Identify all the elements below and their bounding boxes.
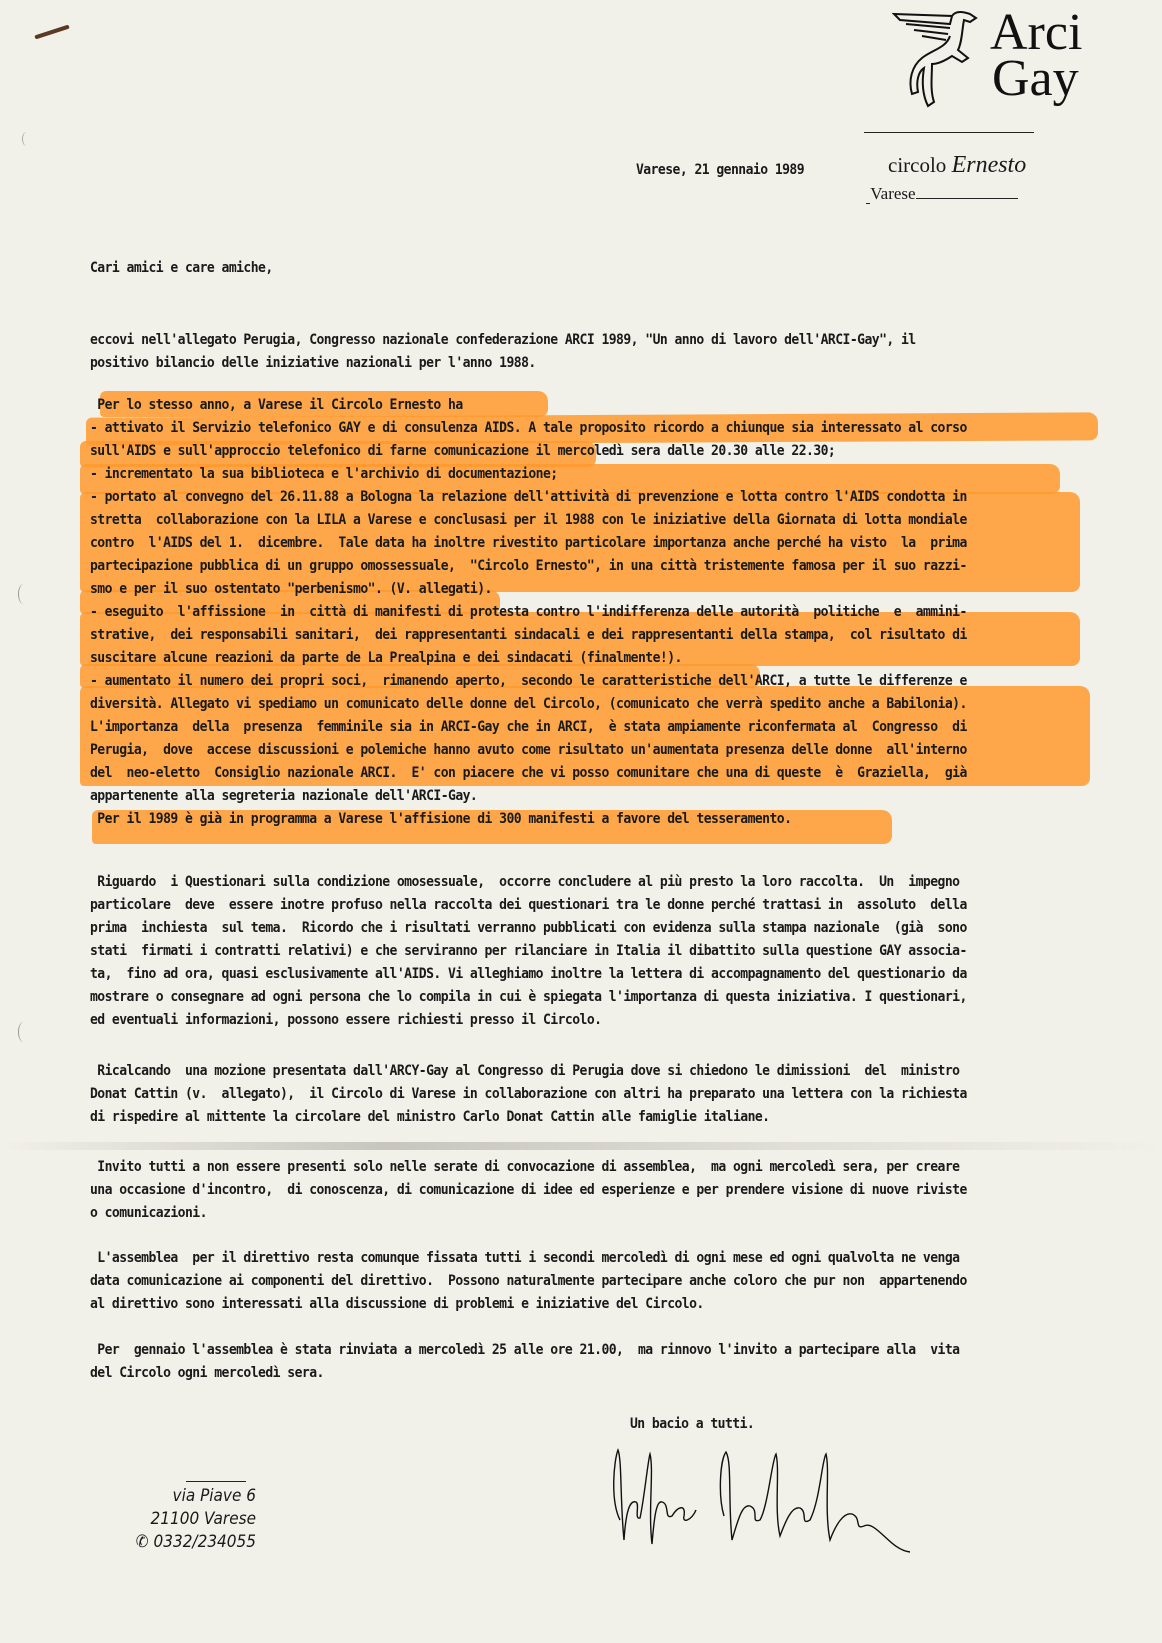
punch-mark — [18, 584, 29, 604]
text-line: una occasione d'incontro, di conoscenza,… — [90, 1178, 967, 1202]
circolo-city-line: Varese — [866, 184, 1018, 204]
text-line: - attivato il Servizio telefonico GAY e … — [90, 416, 967, 440]
paragraph-intro: eccovi nell'allegato Perugia, Congresso … — [90, 328, 105, 400]
circolo-prefix: circolo — [888, 153, 946, 177]
address-city: 21100 Varese — [76, 1508, 256, 1531]
text-line: L'importanza della presenza femminile si… — [90, 715, 967, 739]
text-line: L'assemblea per il direttivo resta comun… — [90, 1246, 959, 1270]
text-line: al direttivo sono interessati alla discu… — [90, 1292, 704, 1316]
pegasus-icon — [892, 6, 992, 110]
signature — [600, 1440, 980, 1560]
text-line: suscitare alcune reazioni da parte de La… — [90, 646, 682, 670]
text-line: mostrare o consegnare ad ogni persona ch… — [90, 985, 967, 1009]
text-line: data comunicazione ai componenti del dir… — [90, 1269, 967, 1293]
text-line: Invito tutti a non essere presenti solo … — [90, 1155, 959, 1179]
text-line: Donat Cattin (v. allegato), il Circolo d… — [90, 1082, 967, 1106]
address-street: via Piave 6 — [76, 1485, 256, 1508]
paragraph-questionari: Riguardo i Questionari sulla condizione … — [90, 870, 105, 1062]
text-line: particolare deve essere inotre profuso n… — [90, 893, 967, 917]
text-line: Ricalcando una mozione presentata dall'A… — [90, 1059, 959, 1083]
photocopy-smudge — [0, 1142, 1162, 1150]
text-line: positivo bilancio delle iniziative nazio… — [90, 351, 536, 375]
address-phone: ✆ 0332/234055 — [76, 1531, 256, 1554]
text-line: del neo-eletto Consiglio nazionale ARCI.… — [90, 761, 967, 785]
circolo-name: Ernesto — [952, 152, 1027, 178]
logo-text-gay: Gay — [992, 56, 1079, 102]
circolo-label: circolo Ernesto — [888, 152, 1026, 179]
text-line: eccovi nell'allegato Perugia, Congresso … — [90, 328, 916, 352]
text-line: di rispedire al mittente la circolare de… — [90, 1105, 769, 1129]
pen-mark — [34, 25, 69, 40]
text-line: stretta collaborazione con la LILA a Var… — [90, 508, 967, 532]
paragraph-invito: Invito tutti a non essere presenti solo … — [90, 1155, 105, 1251]
paragraph-gennaio: Per gennaio l'assemblea è stata rinviata… — [90, 1338, 105, 1410]
text-line: ta, fino ad ora, quasi esclusivamente al… — [90, 962, 967, 986]
text-line: Riguardo i Questionari sulla condizione … — [90, 870, 959, 894]
text-line: Per lo stesso anno, a Varese il Circolo … — [90, 393, 463, 417]
text-line: del Circolo ogni mercoledì sera. — [90, 1361, 324, 1385]
greeting: Cari amici e care amiche, — [90, 256, 273, 280]
text-line: partecipazione pubblica di un gruppo omo… — [90, 554, 967, 578]
letter-date: Varese, 21 gennaio 1989 — [636, 158, 804, 182]
text-line: Per il 1989 è già in programma a Varese … — [90, 807, 791, 831]
text-line: diversità. Allegato vi spediamo un comun… — [90, 692, 967, 716]
address-block: via Piave 6 21100 Varese ✆ 0332/234055 — [76, 1485, 256, 1554]
letterhead-rule — [864, 132, 1034, 133]
text-line: - aumentato il numero dei propri soci, r… — [90, 669, 967, 693]
paragraph-assemblea: L'assemblea per il direttivo resta comun… — [90, 1246, 105, 1342]
text-line: appartenente alla segreteria nazionale d… — [90, 784, 477, 808]
text-line: prima inchiesta sul tema. Ricordo che i … — [90, 916, 967, 940]
paragraph-activities: Per lo stesso anno, a Varese il Circolo … — [90, 393, 105, 873]
text-line: strative, dei responsabili sanitari, dei… — [90, 623, 967, 647]
text-line: - portato al convegno del 26.11.88 a Bol… — [90, 485, 967, 509]
text-line: - eseguito l'affissione in città di mani… — [90, 600, 967, 624]
punch-mark — [22, 132, 31, 146]
paragraph-mozione: Ricalcando una mozione presentata dall'A… — [90, 1059, 105, 1155]
punch-mark — [18, 1022, 29, 1042]
text-line: - incrementato la sua biblioteca e l'arc… — [90, 462, 558, 486]
text-line: smo e per il suo ostentato "perbenismo".… — [90, 577, 492, 601]
address-rule — [186, 1481, 246, 1482]
text-line: stati firmati i contratti relativi) e ch… — [90, 939, 967, 963]
text-line: Perugia, dove accese discussioni e polem… — [90, 738, 967, 762]
closing: Un bacio a tutti. — [630, 1412, 754, 1436]
text-line: o comunicazioni. — [90, 1201, 207, 1225]
arci-gay-logo: Arci Gay — [900, 6, 1130, 116]
text-line: ed eventuali informazioni, possono esser… — [90, 1008, 601, 1032]
circolo-city: Varese — [870, 184, 915, 203]
text-line: contro l'AIDS del 1. dicembre. Tale data… — [90, 531, 967, 555]
text-line: sull'AIDS e sull'approccio telefonico di… — [90, 439, 835, 463]
signature-scribble-icon — [600, 1440, 980, 1560]
text-line: Per gennaio l'assemblea è stata rinviata… — [90, 1338, 959, 1362]
